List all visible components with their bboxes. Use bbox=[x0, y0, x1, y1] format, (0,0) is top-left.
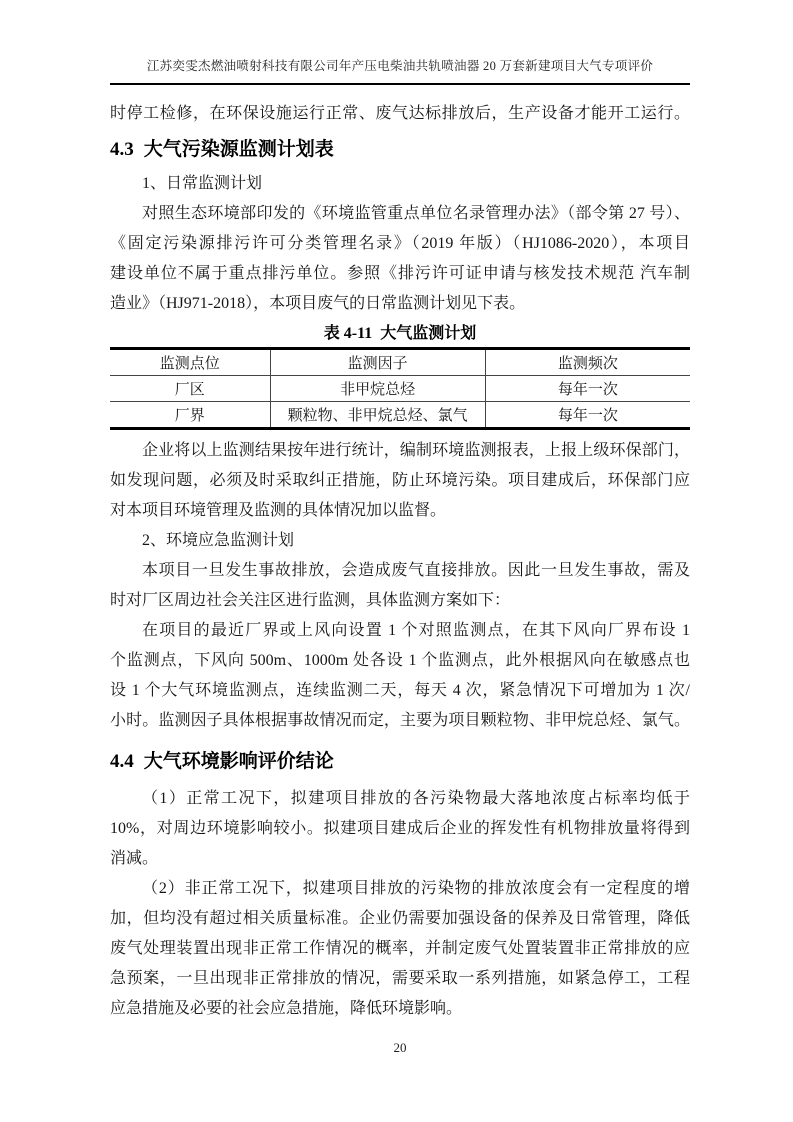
table-title-text: 大气监测计划 bbox=[380, 325, 476, 342]
body-text-line: 个监测点，下风向 500m、1000m 处各设 1 个监测点，此外根据风向在敏感… bbox=[110, 646, 690, 676]
table-cell: 厂区 bbox=[110, 376, 270, 402]
table-cell: 厂界 bbox=[110, 402, 270, 429]
body-text-line: 建设单位不属于重点排污单位。参照《排污许可证申请与核发技术规范 汽车制 bbox=[110, 259, 690, 289]
table-cell: 每年一次 bbox=[485, 402, 690, 429]
paragraph-conclusion-abnormal: （2）非正常工况下，拟建项目排放的污染物的排放浓度会有一定程度的增 加，但均没有… bbox=[110, 874, 690, 1024]
body-text-line: 时停工检修，在环保设施运行正常、废气达标排放后，生产设备才能开工运行。 bbox=[110, 99, 690, 129]
body-text-line: 设 1 个大气环境监测点，连续监测二天，每天 4 次，紧急情况下可增加为 1 次… bbox=[110, 676, 690, 706]
table-header-cell: 监测频次 bbox=[485, 349, 690, 376]
paragraph-emergency-plan: 在项目的最近厂界或上风向设置 1 个对照监测点，在其下风向厂界布设 1 个监测点… bbox=[110, 616, 690, 736]
body-text-line: （2）非正常工况下，拟建项目排放的污染物的排放浓度会有一定程度的增 bbox=[110, 874, 690, 904]
paragraph-emergency-intro: 本项目一旦发生事故排放，会造成废气直接排放。因此一旦发生事故，需及 时对厂区周边… bbox=[110, 556, 690, 616]
document-page: 江苏奕雯杰燃油喷射科技有限公司年产压电柴油共轨喷油器 20 万套新建项目大气专项… bbox=[0, 0, 793, 1122]
body-text-line: 10%，对周边环境影响较小。拟建项目建成后企业的挥发性有机物排放量将得到 bbox=[110, 814, 690, 844]
table-header-cell: 监测因子 bbox=[270, 349, 485, 376]
section-title: 大气环境影响评价结论 bbox=[144, 751, 334, 772]
body-text-line: 如发现问题，必须及时采取纠正措施，防止环境污染。项目建成后，环保部门应 bbox=[110, 466, 690, 496]
paragraph-daily-monitoring: 对照生态环境部印发的《环境监管重点单位名录管理办法》（部令第 27 号）、 《固… bbox=[110, 199, 690, 319]
section-number: 4.3 bbox=[110, 139, 134, 160]
body-text-line: 对本项目环境管理及监测的具体情况加以监督。 bbox=[110, 496, 690, 526]
paragraph-reporting: 企业将以上监测结果按年进行统计，编制环境监测报表，上报上级环保部门， 如发现问题… bbox=[110, 436, 690, 526]
table-row: 厂区 非甲烷总烃 每年一次 bbox=[110, 376, 690, 402]
monitoring-plan-table: 监测点位 监测因子 监测频次 厂区 非甲烷总烃 每年一次 厂界 颗粒物、非甲烷总… bbox=[110, 347, 690, 430]
table-caption: 表 4-11大气监测计划 bbox=[110, 321, 690, 347]
body-text-line: 《固定污染源排污许可分类管理名录》（2019 年版）（HJ1086-2020），… bbox=[110, 229, 690, 259]
intro-paragraph: 时停工检修，在环保设施运行正常、废气达标排放后，生产设备才能开工运行。 bbox=[110, 99, 690, 129]
section-heading-4-4: 4.4大气环境影响评价结论 bbox=[110, 746, 690, 778]
body-text-line: 加，但均没有超过相关质量标准。企业仍需要加强设备的保养及日常管理，降低 bbox=[110, 904, 690, 934]
body-text-line: 废气处理装置出现非正常工作情况的概率，并制定废气处置装置非正常排放的应 bbox=[110, 934, 690, 964]
page-number: 20 bbox=[110, 1040, 690, 1056]
paragraph-conclusion-normal: （1）正常工况下，拟建项目排放的各污染物最大落地浓度占标率均低于 10%，对周边… bbox=[110, 784, 690, 874]
table-cell: 每年一次 bbox=[485, 376, 690, 402]
body-text-line: 小时。监测因子具体根据事故情况而定，主要为项目颗粒物、非甲烷总烃、氯气。 bbox=[110, 706, 690, 736]
table-cell: 非甲烷总烃 bbox=[270, 376, 485, 402]
body-text-line: 对照生态环境部印发的《环境监管重点单位名录管理办法》（部令第 27 号）、 bbox=[110, 199, 690, 229]
body-text-line: 本项目一旦发生事故排放，会造成废气直接排放。因此一旦发生事故，需及 bbox=[110, 556, 690, 586]
subsection-label-daily-monitoring: 1、日常监测计划 bbox=[110, 169, 690, 199]
body-text-line: 消减。 bbox=[110, 844, 690, 874]
table-header-cell: 监测点位 bbox=[110, 349, 270, 376]
body-text-line: 急预案，一旦出现非正常排放的情况，需要采取一系列措施，如紧急停工，工程 bbox=[110, 964, 690, 994]
subsection-label-emergency-monitoring: 2、环境应急监测计划 bbox=[110, 526, 690, 556]
section-heading-4-3: 4.3大气污染源监测计划表 bbox=[110, 135, 690, 165]
section-number: 4.4 bbox=[110, 751, 134, 772]
body-text-line: 时对厂区周边社会关注区进行监测，具体监测方案如下： bbox=[110, 586, 690, 616]
section-title: 大气污染源监测计划表 bbox=[144, 139, 334, 160]
body-text-line: （1）正常工况下，拟建项目排放的各污染物最大落地浓度占标率均低于 bbox=[110, 784, 690, 814]
body-text-line: 企业将以上监测结果按年进行统计，编制环境监测报表，上报上级环保部门， bbox=[110, 436, 690, 466]
table-number: 表 4-11 bbox=[324, 325, 372, 342]
table-cell: 颗粒物、非甲烷总烃、氯气 bbox=[270, 402, 485, 429]
body-text-line: 在项目的最近厂界或上风向设置 1 个对照监测点，在其下风向厂界布设 1 bbox=[110, 616, 690, 646]
body-text-line: 造业》（HJ971-2018），本项目废气的日常监测计划见下表。 bbox=[110, 289, 690, 319]
table-row: 厂界 颗粒物、非甲烷总烃、氯气 每年一次 bbox=[110, 402, 690, 429]
table-header-row: 监测点位 监测因子 监测频次 bbox=[110, 349, 690, 376]
running-header: 江苏奕雯杰燃油喷射科技有限公司年产压电柴油共轨喷油器 20 万套新建项目大气专项… bbox=[110, 58, 690, 85]
body-text-line: 应急措施及必要的社会应急措施，降低环境影响。 bbox=[110, 994, 690, 1024]
